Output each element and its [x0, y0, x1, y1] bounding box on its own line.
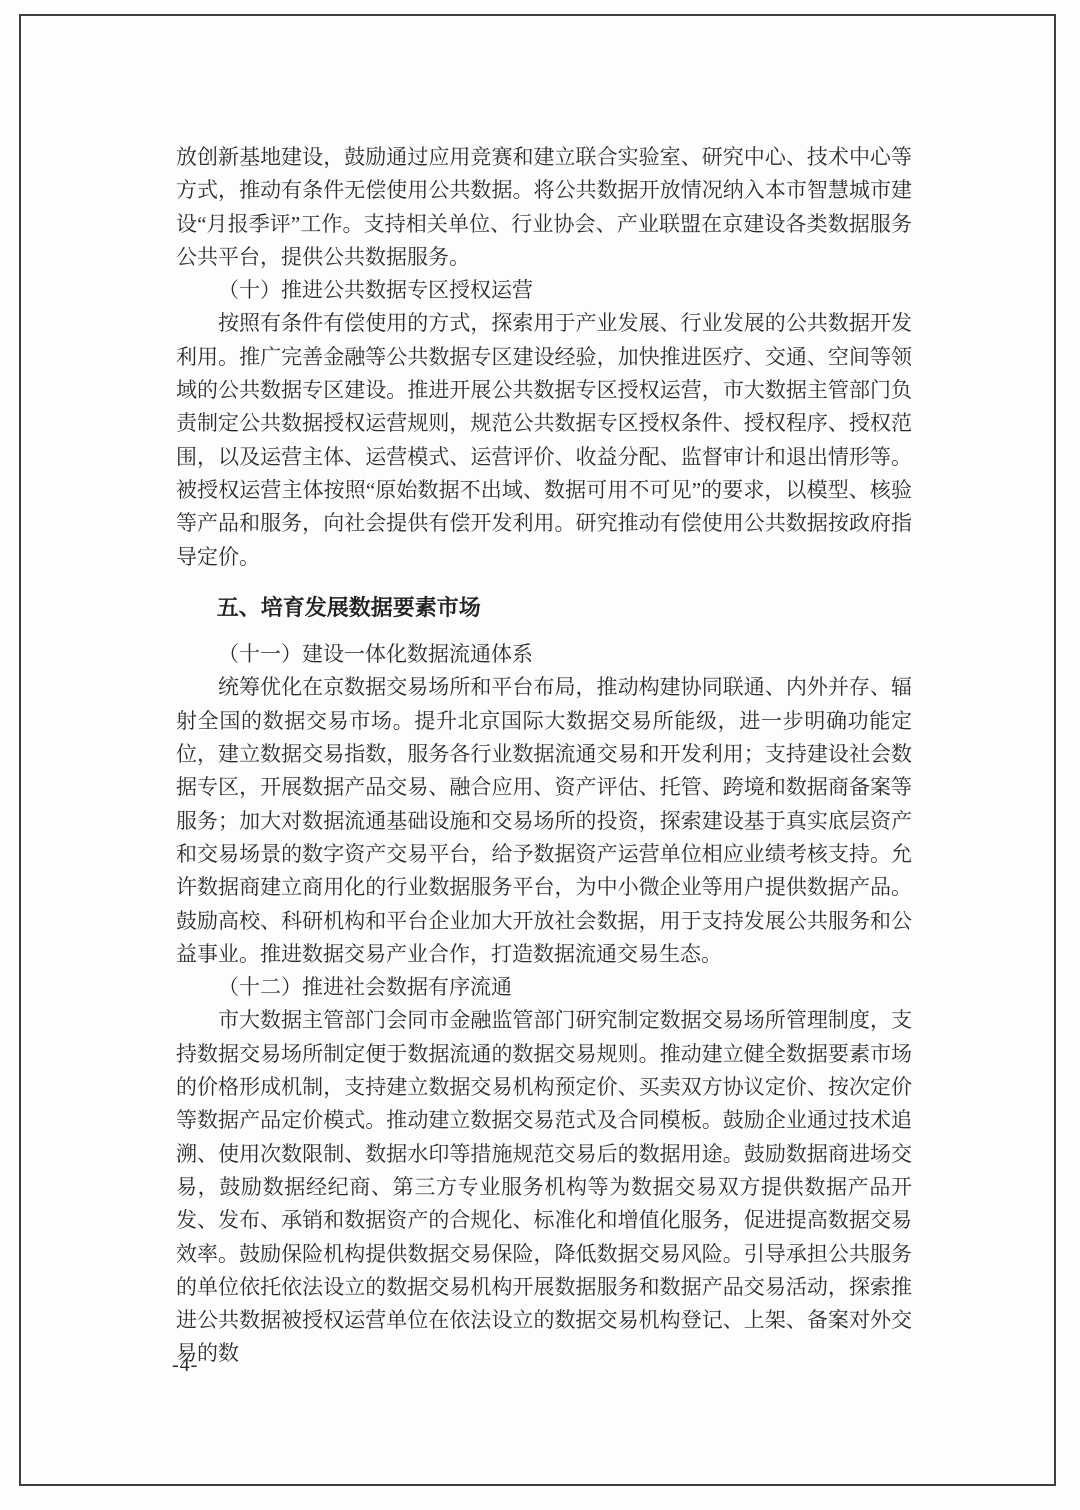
paragraph-item-11-body: 统筹优化在京数据交易场所和平台布局，推动构建协同联通、内外并存、辐射全国的数据交…: [176, 671, 912, 971]
section-heading-5: 五、培育发展数据要素市场: [176, 591, 912, 624]
document-page: 放创新基地建设，鼓励通过应用竞赛和建立联合实验室、研究中心、技术中心等方式，推动…: [0, 0, 1080, 1510]
page-number: -4-: [172, 1354, 198, 1377]
paragraph-item-12-body: 市大数据主管部门会同市金融监管部门研究制定数据交易场所管理制度，支持数据交易场所…: [176, 1004, 912, 1370]
subheading-item-12: （十二）推进社会数据有序流通: [176, 971, 912, 1004]
paragraph-continued-from-previous-page: 放创新基地建设，鼓励通过应用竞赛和建立联合实验室、研究中心、技术中心等方式，推动…: [176, 141, 912, 274]
document-text-block: 放创新基地建设，鼓励通过应用竞赛和建立联合实验室、研究中心、技术中心等方式，推动…: [176, 141, 912, 1371]
paragraph-item-10-body: 按照有条件有偿使用的方式，探索用于产业发展、行业发展的公共数据开发利用。推广完善…: [176, 307, 912, 573]
subheading-item-10: （十）推进公共数据专区授权运营: [176, 274, 912, 307]
subheading-item-11: （十一）建设一体化数据流通体系: [176, 638, 912, 671]
